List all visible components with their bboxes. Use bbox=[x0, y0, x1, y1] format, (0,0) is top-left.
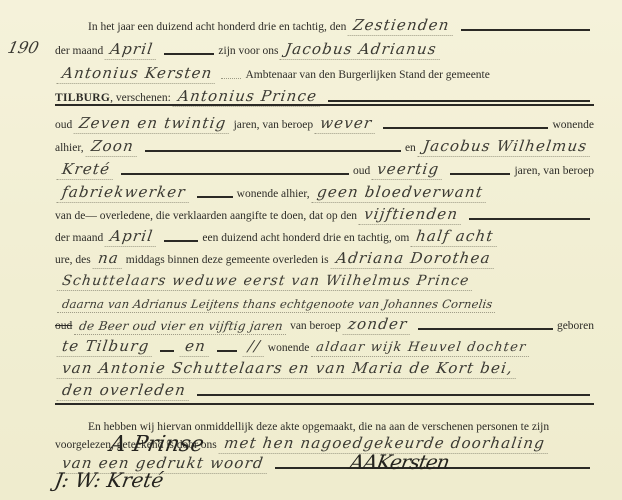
handwritten-text: den overleden bbox=[57, 381, 192, 401]
section-rule bbox=[55, 403, 594, 405]
margin-number: 190 bbox=[6, 38, 41, 57]
fill-line bbox=[328, 100, 590, 102]
line-2: der maand April zijn voor ons Jacobus Ad… bbox=[55, 34, 594, 60]
dotted-line bbox=[221, 78, 241, 79]
section-rule bbox=[55, 104, 594, 106]
handwritten-month: April bbox=[105, 40, 159, 60]
fill-line bbox=[197, 394, 590, 396]
fill-line bbox=[197, 196, 233, 198]
document-page: 190 In het jaar een duizend acht honderd… bbox=[0, 0, 622, 500]
signature-declarant-2: J: W: Kreté bbox=[53, 468, 166, 492]
fill-line bbox=[383, 127, 548, 129]
fill-line bbox=[145, 150, 401, 152]
fill-line bbox=[164, 53, 214, 55]
fill-line bbox=[217, 350, 237, 352]
fill-line bbox=[461, 29, 590, 31]
line-1: In het jaar een duizend acht honderd dri… bbox=[88, 10, 594, 36]
signature-declarant-1: A Prinse bbox=[108, 432, 206, 457]
handwritten-official-name: Jacobus Adrianus bbox=[280, 40, 442, 60]
fill-line bbox=[164, 240, 198, 242]
fill-line bbox=[469, 218, 590, 220]
handwritten-day: Zestienden bbox=[348, 16, 455, 36]
fill-line bbox=[160, 350, 174, 352]
fill-line bbox=[418, 328, 553, 330]
fill-line bbox=[450, 173, 510, 175]
fill-line bbox=[121, 173, 349, 175]
signature-official: AAKersten bbox=[348, 450, 451, 474]
line-17: den overleden bbox=[55, 375, 594, 401]
